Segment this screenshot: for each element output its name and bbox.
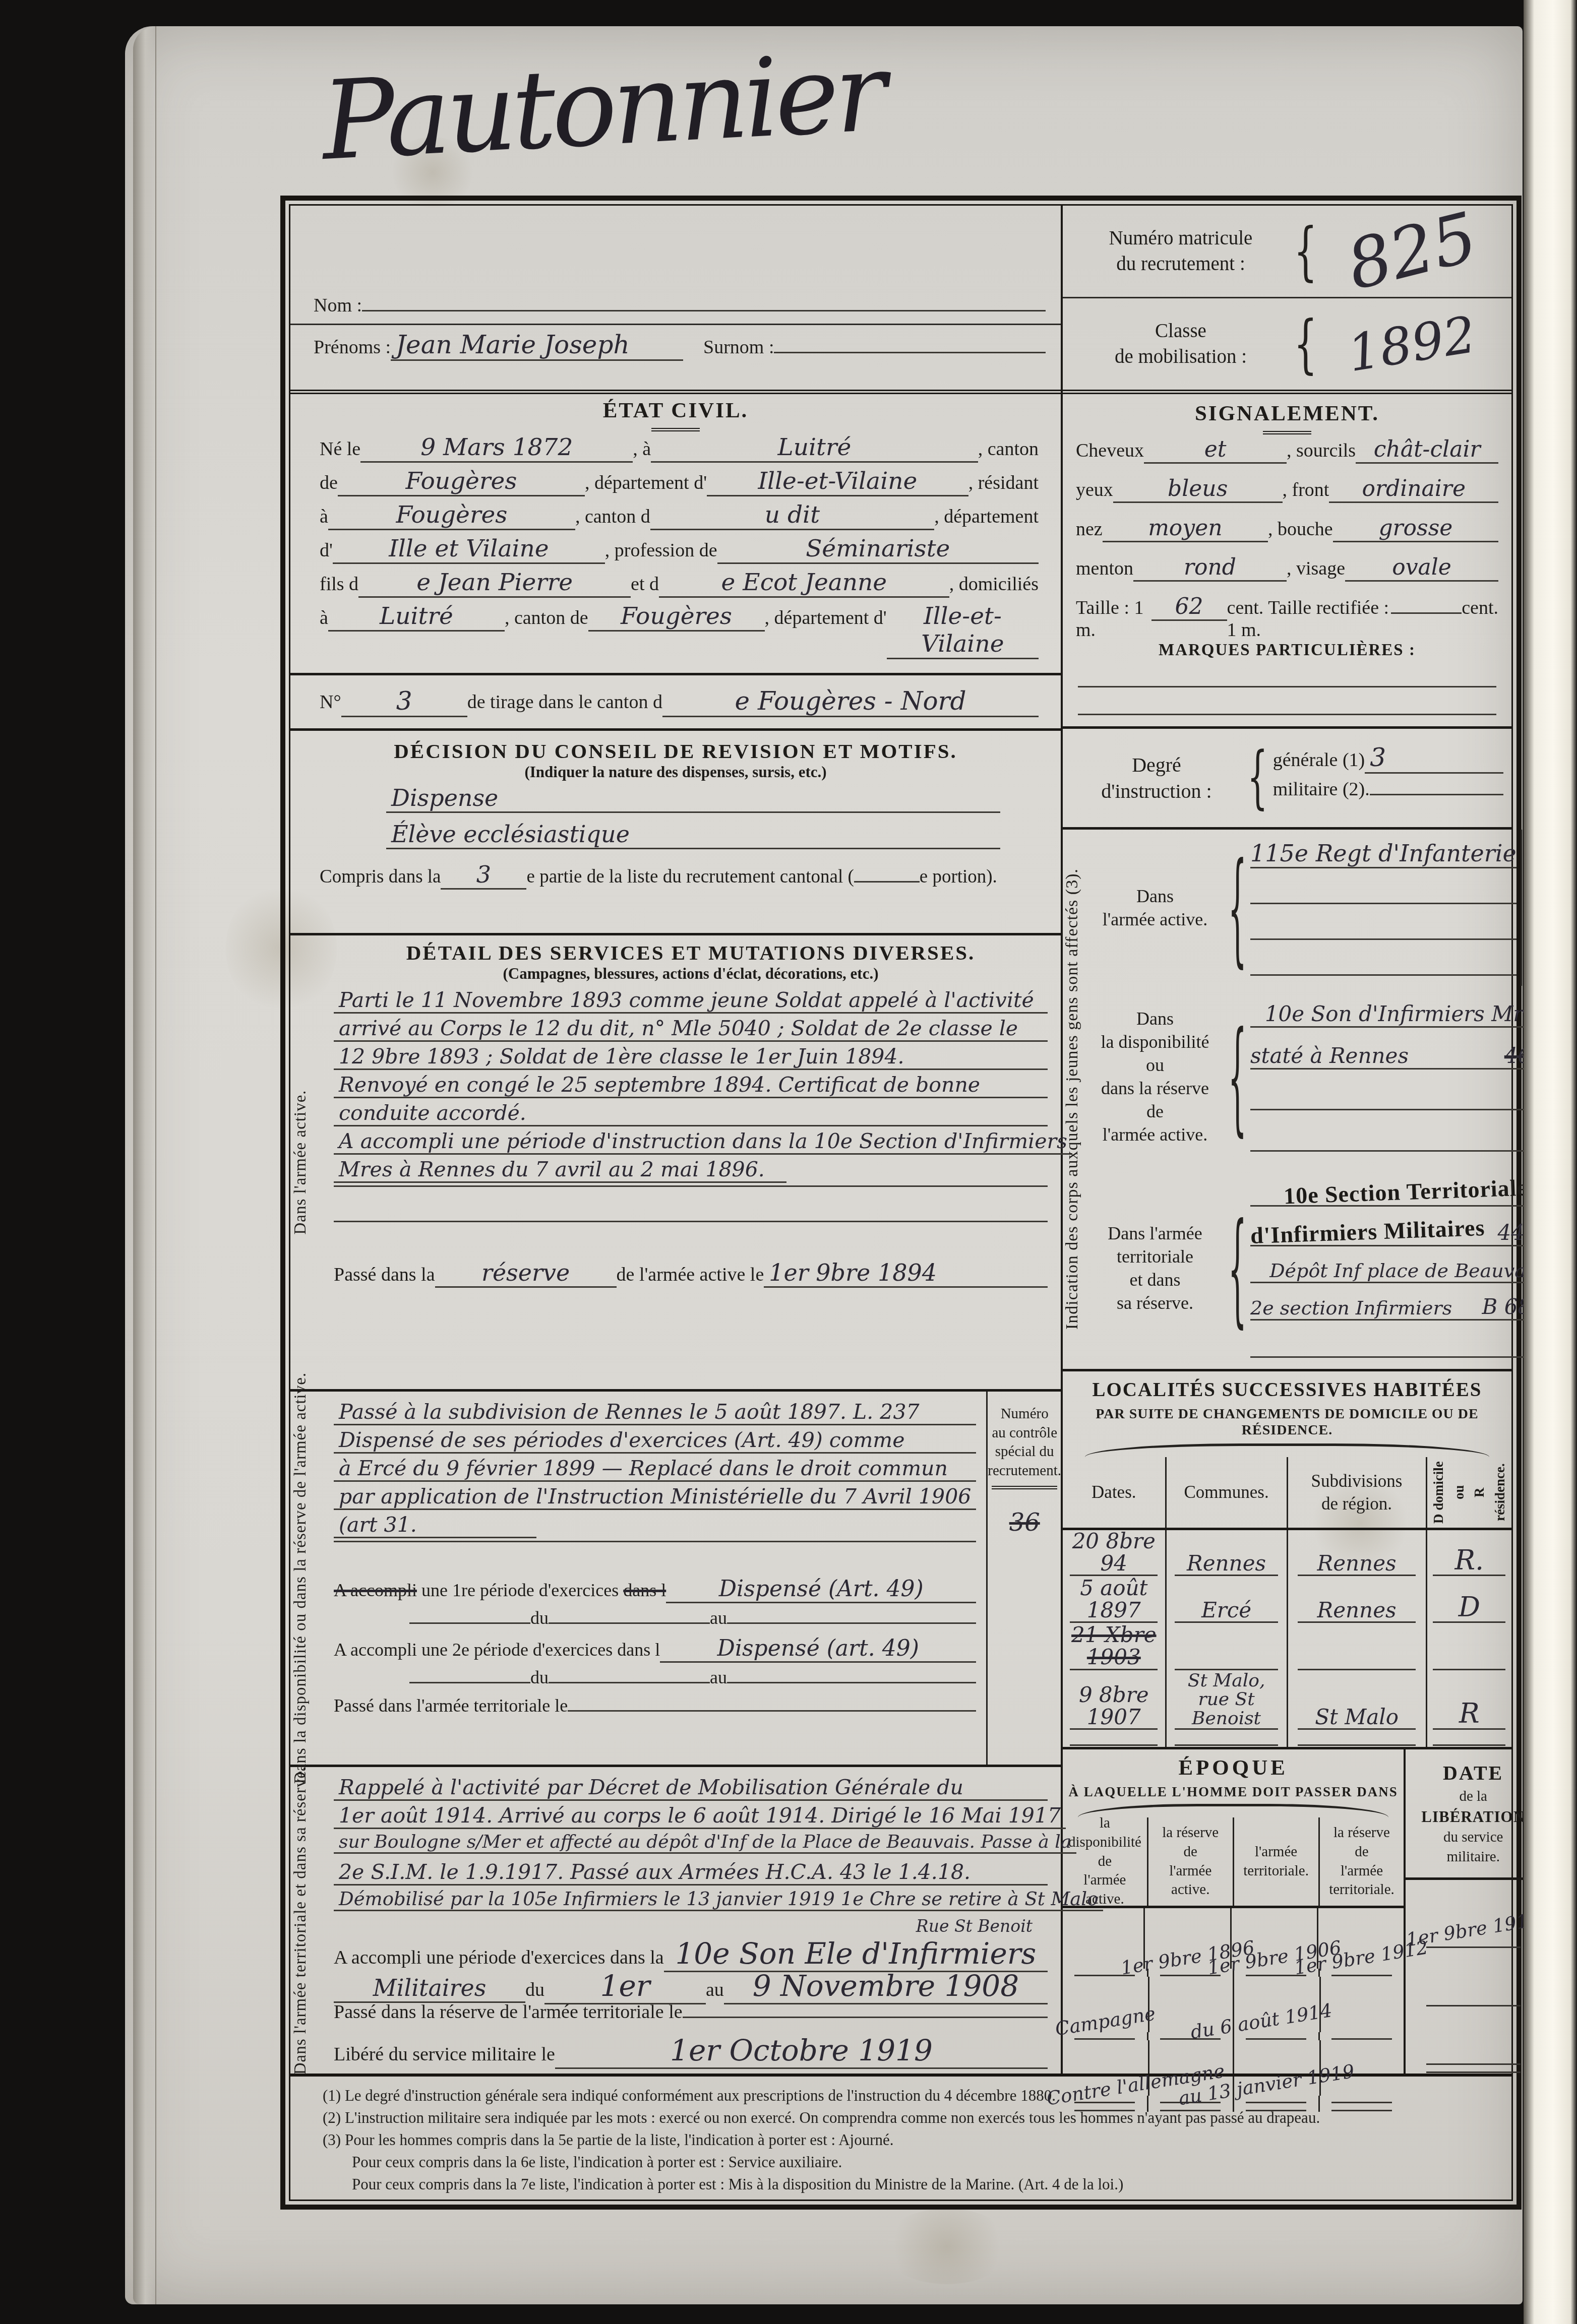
- blank-rule: [334, 1221, 1048, 1222]
- corps-terr-label: territoriale: [1082, 1245, 1228, 1268]
- du-field: [549, 1622, 710, 1624]
- taille-value: 62: [1151, 594, 1227, 621]
- fils-de-label: fils d: [320, 573, 358, 595]
- domicile-canton-value: Fougères: [588, 602, 765, 632]
- du-label: du: [525, 1979, 544, 2001]
- cheveux-label: Cheveux: [1076, 439, 1144, 462]
- brace-decoration: [1294, 307, 1317, 381]
- localites-row: 5 août 1897 Ercé Rennes D: [1063, 1577, 1511, 1624]
- accompli-periode-label: A accompli une période d'exercices dans …: [334, 1946, 664, 1969]
- decision-value-1: Dispense: [386, 784, 1000, 813]
- services-section: Dans l'armée active. DÉTAIL DES SERVICES…: [290, 935, 1061, 1392]
- dispo-line: par application de l'Instruction Ministé…: [334, 1484, 976, 1510]
- corps-dispo-label: dans la réserve: [1082, 1077, 1228, 1100]
- corps-terr-block: Dans l'armée territoriale et dans sa rés…: [1082, 1167, 1565, 1369]
- compris-label: Compris dans la: [320, 866, 441, 888]
- paper-sheet: Pautonnier Nom : Pr: [125, 26, 1523, 2304]
- visage-label: , visage: [1287, 557, 1345, 580]
- prenoms-value: Jean Marie Joseph: [391, 330, 683, 361]
- liste-partie-value: 3: [441, 861, 526, 890]
- degre-label: Degré: [1071, 752, 1242, 778]
- dispo-line: (art 31.: [334, 1513, 536, 1538]
- localites-row: 20 8bre 94 Rennes Rennes R.: [1063, 1530, 1511, 1577]
- corps-dispo-value-2: staté à Rennes: [1250, 1043, 1409, 1068]
- dispo-line: à Ercé du 9 février 1899 — Replacé dans …: [334, 1456, 976, 1482]
- swash-decoration: [1085, 1443, 1489, 1457]
- passe-reserve-terr-label: Passé dans la réserve de l'armée territo…: [334, 2001, 683, 2023]
- corps-terr-label: Dans l'armée: [1082, 1222, 1228, 1245]
- au-field: [727, 1682, 976, 1683]
- corps-dispo-value: 10e Son d'Infirmiers Mres: [1265, 1001, 1547, 1026]
- terr-line: sur Boulogne s/Mer et affecté au dépôt d…: [334, 1832, 1076, 1854]
- footnote-3: (3) Pour les hommes compris dans la 5e p…: [323, 2129, 1491, 2151]
- epoque-title: ÉPOQUE: [1063, 1755, 1404, 1780]
- corps-dispo-label: l'armée active.: [1082, 1123, 1228, 1146]
- blank-rule: [409, 1622, 530, 1624]
- localites-subtitle: PAR SUITE DE CHANGEMENTS DE DOMICILE OU …: [1063, 1406, 1511, 1438]
- tirage-label: de tirage dans le canton d: [467, 691, 662, 713]
- brace-decoration: [1247, 739, 1268, 817]
- col-communes-header: Communes.: [1167, 1457, 1288, 1528]
- yeux-value: bleus: [1113, 476, 1283, 503]
- compris-label-2: e partie de la liste du recrutement cant…: [526, 866, 854, 888]
- front-label: , front: [1283, 479, 1329, 501]
- matricule-section: Numéro matricule du recrutement : 825 Cl…: [1063, 206, 1511, 394]
- epoque-col4-header: la réservede l'arméeterritoriale.: [1320, 1817, 1404, 1906]
- menton-label: menton: [1076, 557, 1133, 580]
- date-header: du service: [1406, 1828, 1541, 1847]
- blank-rule: [1250, 878, 1517, 904]
- militaire-label: militaire (2).: [1273, 778, 1370, 800]
- right-column: Numéro matricule du recrutement : 825 Cl…: [1063, 206, 1511, 2074]
- campagne-cell: Campagne: [1063, 1977, 1149, 2032]
- next-page-edge: [1524, 0, 1577, 2324]
- tirage-number-value: 3: [341, 686, 467, 717]
- libere-date-value: 1er Octobre 1919: [555, 2033, 1048, 2069]
- paper-stain: [881, 2209, 1012, 2284]
- birth-date-value: 9 Mars 1872: [360, 433, 633, 463]
- bouche-value: grosse: [1333, 515, 1498, 542]
- etat-civil-title: ÉTAT CIVIL.: [290, 398, 1061, 423]
- tirage-section: N° 3 de tirage dans le canton d e Fougèr…: [290, 675, 1061, 731]
- disponibilite-side-label: Dans la disponibilité ou dans la réserve…: [291, 1372, 310, 1784]
- decision-value-2: Élève ecclésiastique: [386, 821, 1000, 849]
- corps-section: Indication des corps auxquels les jeunes…: [1063, 830, 1511, 1371]
- surnom-label: Surnom :: [703, 336, 774, 358]
- du-field: [549, 1682, 710, 1683]
- corps-terr-value-1: Dépôt Inf place de Beauvais: [1269, 1260, 1542, 1282]
- de-label: de: [320, 472, 338, 494]
- corps-active-label-2: l'armée active.: [1082, 908, 1228, 931]
- corps-dispo-label: de: [1082, 1100, 1228, 1123]
- liberation-date-column: DATE de la LIBÉRATION du service militai…: [1404, 1749, 1541, 2074]
- sourcils-label: , sourcils: [1287, 439, 1356, 462]
- generale-label: générale (1): [1273, 749, 1365, 771]
- a-label: à: [320, 607, 328, 629]
- yeux-label: yeux: [1076, 479, 1113, 501]
- brace-decoration: [1228, 1196, 1247, 1340]
- compris-label-3: e portion).: [920, 866, 997, 888]
- scanned-register-page: Pautonnier Nom : Pr: [0, 0, 1577, 2324]
- a-label: à: [320, 506, 328, 528]
- col-subdivisions-header: Subdivisionsde région.: [1288, 1457, 1427, 1528]
- classe-label: Classe: [1075, 319, 1287, 344]
- terr-line: 1er août 1914. Arrivé au corps le 6 août…: [334, 1803, 1066, 1829]
- localites-row: 9 8bre 1907 St Malo, rue St Benoist St M…: [1063, 1671, 1511, 1731]
- classe-label-2: de mobilisation :: [1075, 344, 1287, 370]
- localites-row-blank: [1063, 1731, 1511, 1747]
- footnote-3c: Pour ceux compris dans la 7e liste, l'in…: [323, 2173, 1491, 2195]
- dans-l-struck-label: dans l: [623, 1580, 666, 1601]
- periode1-value: Dispensé (Art. 49): [666, 1576, 976, 1603]
- blank-rule: [1250, 1126, 1561, 1152]
- blank-rule: [334, 1185, 1048, 1187]
- accompli-au-value: 9 Novembre 1908: [724, 1969, 1048, 2004]
- prenoms-label: Prénoms :: [314, 336, 391, 358]
- marques-label: MARQUES PARTICULIÈRES :: [1063, 641, 1511, 660]
- date-header: militaire.: [1406, 1847, 1541, 1867]
- epoque-col3-header: l'arméeterritoriale.: [1234, 1817, 1320, 1906]
- corps-active-block: Dans l'armée active. 115e Regt d'Infante…: [1082, 830, 1565, 986]
- instruction-section: Degré d'instruction : générale (1) 3: [1063, 729, 1511, 830]
- services-subtitle: (Campagnes, blessures, actions d'éclat, …: [334, 965, 1048, 983]
- territoriale-side-label: Dans l'armée territoriale et dans sa rés…: [291, 1766, 310, 2075]
- accompli-du-value: 1er: [544, 1969, 706, 2004]
- passe-label: Passé dans la: [334, 1264, 435, 1286]
- au-label: au: [710, 1667, 727, 1688]
- matricule-label: Numéro matricule: [1075, 226, 1287, 252]
- corps-terr-label: sa réserve.: [1082, 1291, 1228, 1314]
- front-value: ordinaire: [1329, 476, 1498, 503]
- title-rule: [1263, 431, 1311, 434]
- title-rule: [651, 428, 700, 431]
- periode2-value: Dispensé (art. 49): [660, 1636, 976, 1663]
- d-label: d': [320, 539, 333, 561]
- domicile-value: Luitré: [328, 602, 505, 632]
- armee-active-side-label: Dans l'armée active.: [291, 1090, 310, 1234]
- territorial-stamp-line-1: 10e Section Territoriale: [1284, 1174, 1528, 1210]
- decision-section: DÉCISION DU CONSEIL DE REVISION ET MOTIF…: [290, 731, 1061, 935]
- profession-label: , profession de: [605, 539, 717, 561]
- profession-value: Séminariste: [717, 535, 1039, 564]
- blank-rule: [1250, 914, 1517, 940]
- generale-value: 3: [1365, 743, 1503, 774]
- signalement-title: SIGNALEMENT.: [1063, 401, 1511, 426]
- corps-terr-label: et dans: [1082, 1268, 1228, 1291]
- numero-label: N°: [320, 691, 341, 713]
- services-title: DÉTAIL DES SERVICES ET MUTATIONS DIVERSE…: [334, 940, 1048, 965]
- au-label: au: [706, 1979, 724, 2001]
- portion-field: [854, 881, 920, 883]
- au-label: au: [710, 1607, 727, 1628]
- cent-label: cent.: [1462, 597, 1498, 619]
- canton-value: Fougères: [338, 467, 585, 496]
- departement-label: , département: [934, 506, 1039, 528]
- brace-decoration: [1294, 214, 1317, 288]
- date-header: de la: [1406, 1787, 1541, 1806]
- contre-cell: au 13 janvier 1919: [1234, 2040, 1321, 2096]
- controle-special-column: Numéro au contrôle spécial du recrutemen…: [986, 1392, 1061, 1765]
- date-header: DATE: [1406, 1760, 1541, 1787]
- departement-value: Ille-et-Vilaine: [707, 467, 968, 496]
- name-section: Nom : Prénoms : Jean Marie Joseph Surnom…: [290, 206, 1061, 394]
- footnote-3b: Pour ceux compris dans la 6e liste, l'in…: [323, 2151, 1491, 2173]
- periode2-label: A accompli une 2e période d'exercices da…: [334, 1639, 660, 1660]
- service-line: 12 9bre 1893 ; Soldat de 1ère classe le …: [334, 1044, 1048, 1070]
- service-line: Renvoyé en congé le 25 septembre 1894. C…: [334, 1073, 1048, 1098]
- blank-rule: [1078, 687, 1496, 715]
- canton-de-label: , canton de: [505, 607, 588, 629]
- left-column: Nom : Prénoms : Jean Marie Joseph Surnom…: [290, 206, 1063, 2074]
- controle-header: spécial du: [988, 1442, 1061, 1462]
- signalement-section: SIGNALEMENT. Cheveux et , sourcils chât-…: [1063, 394, 1511, 729]
- residence-canton-value: u dit: [650, 501, 935, 530]
- brace-decoration: [1228, 1004, 1247, 1149]
- cheveux-value: et: [1144, 436, 1287, 464]
- epoque-section: ÉPOQUE À LAQUELLE L'HOMME DOIT PASSER DA…: [1063, 1749, 1511, 2074]
- service-line: conduite accordé.: [334, 1101, 1048, 1126]
- blank-rule: [1250, 1332, 1561, 1358]
- nez-label: nez: [1076, 518, 1103, 540]
- nom-label: Nom :: [314, 294, 362, 317]
- du-label: du: [530, 1667, 549, 1688]
- service-line: arrivé au Corps le 12 du dit, n° Mle 504…: [334, 1016, 1048, 1042]
- title-rule: [992, 1486, 1057, 1489]
- residant-label: , résidant: [968, 472, 1039, 494]
- dispo-line: Dispensé de ses périodes d'exercices (Ar…: [334, 1428, 976, 1454]
- au-field: [727, 1622, 976, 1624]
- nez-value: moyen: [1103, 515, 1268, 542]
- col-dates-header: Dates.: [1063, 1457, 1167, 1528]
- mother-name-value: e Ecot Jeanne: [659, 569, 949, 598]
- passe-label-2: de l'armée active le: [617, 1264, 764, 1286]
- domicilies-label: , domiciliés: [949, 573, 1039, 595]
- accompli-struck-label: A accompli: [334, 1580, 417, 1601]
- corps-active-value: 115e Regt d'Infanterie: [1250, 840, 1517, 867]
- tirage-canton-value: e Fougères - Nord: [662, 686, 1039, 717]
- accompli-unit-value: 10e Son Ele d'Infirmiers: [664, 1936, 1048, 1972]
- canton-label: , canton: [978, 438, 1039, 460]
- terr-line: 2e S.I.M. le 1.9.1917. Passé aux Armées …: [334, 1860, 1048, 1886]
- blank-rule: [1250, 950, 1517, 976]
- controle-header: au contrôle: [988, 1424, 1061, 1443]
- corps-dispo-block: Dans la disponibilité ou dans la réserve…: [1082, 986, 1565, 1167]
- matricule-number-value: 825: [1340, 197, 1485, 305]
- blank-rule: [409, 1682, 530, 1683]
- service-line: Mres à Rennes du 7 avril au 2 mai 1896.: [334, 1157, 786, 1183]
- blank-rule: [334, 1541, 976, 1542]
- localites-title: LOCALITÉS SUCCESSIVES HABITÉES: [1063, 1378, 1511, 1401]
- militaire-field: [1370, 794, 1503, 795]
- du-label: du: [530, 1607, 549, 1628]
- father-name-value: e Jean Pierre: [358, 569, 631, 598]
- terr-line: Démobilisé par la 105e Infirmiers le 13 …: [334, 1888, 1103, 1911]
- residence-departement-value: Ille et Vilaine: [333, 535, 605, 564]
- passe-territoriale-field: [568, 1710, 976, 1712]
- taille-rectifiee-field: [1391, 612, 1462, 614]
- epoque-col2-header: la réservede l'armée active.: [1148, 1817, 1234, 1906]
- classe-year-value: 1892: [1344, 305, 1480, 383]
- departement-label: , département d': [585, 472, 707, 494]
- brace-decoration: [1228, 836, 1247, 980]
- degre-label-2: d'instruction :: [1071, 778, 1242, 804]
- service-line: A accompli une période d'instruction dan…: [334, 1129, 1072, 1155]
- blank-rule: [1250, 1085, 1561, 1110]
- corps-active-label: Dans: [1082, 885, 1228, 908]
- decision-subtitle: (Indiquer la nature des dispenses, sursi…: [290, 763, 1061, 781]
- localites-section: LOCALITÉS SUCCESSIVES HABITÉES PAR SUITE…: [1063, 1371, 1511, 1749]
- passe-reserve-value: réserve: [435, 1259, 617, 1288]
- footnote-2: (2) L'instruction militaire sera indiqué…: [323, 2107, 1491, 2129]
- menton-value: rond: [1133, 554, 1287, 582]
- canton-d-label: , canton d: [575, 506, 650, 528]
- matricule-label-2: du recrutement :: [1075, 252, 1287, 277]
- campagne-cell: [1321, 1977, 1404, 2032]
- epoque-subtitle: À LAQUELLE L'HOMME DOIT PASSER DANS: [1063, 1784, 1404, 1800]
- etat-civil-section: ÉTAT CIVIL. Né le 9 Mars 1872 , à Luitré…: [290, 394, 1061, 675]
- corps-side-label: Indication des corps auxquels les jeunes…: [1063, 868, 1082, 1330]
- campagne-cell: du 6 août 1914: [1234, 1977, 1321, 2032]
- periode1-label: une 1re période d'exercices: [421, 1580, 619, 1601]
- dispo-line: Passé à la subdivision de Rennes le 5 ao…: [334, 1400, 976, 1425]
- a-label: , à: [633, 438, 651, 460]
- taille-rectifiee-label: cent. Taille rectifiée : 1 m.: [1227, 597, 1391, 641]
- visage-value: ovale: [1345, 554, 1498, 582]
- col-dr-header: D domicile ouR résidence.: [1427, 1457, 1511, 1528]
- sourcils-value: chât-clair: [1356, 436, 1498, 464]
- nom-field: [362, 310, 1046, 311]
- taille-label: Taille : 1 m.: [1076, 597, 1151, 641]
- date-header: LIBÉRATION: [1406, 1806, 1541, 1828]
- residence-value: Fougères: [328, 501, 575, 530]
- service-line: Parti le 11 Novembre 1893 comme jeune So…: [334, 988, 1048, 1014]
- terr-line: Rappelé à l'activité par Décret de Mobil…: [334, 1775, 1048, 1801]
- book-binding-edge: [133, 26, 156, 2304]
- footnotes: (1) Le degré d'instruction générale sera…: [290, 2074, 1511, 2200]
- passe-reserve-terr-field: [683, 2017, 1048, 2018]
- matricule-form: Nom : Prénoms : Jean Marie Joseph Surnom…: [280, 196, 1522, 2210]
- corps-terr-value-2: 2e section Infirmiers: [1250, 1297, 1452, 1319]
- libere-label: Libéré du service militaire le: [334, 2043, 555, 2065]
- passe-date-value: 1er 9bre 1894: [764, 1259, 1048, 1288]
- disponibilite-section: Dans la disponibilité ou dans la réserve…: [290, 1392, 1061, 1767]
- decision-title: DÉCISION DU CONSEIL DE REVISION ET MOTIF…: [290, 739, 1061, 763]
- accompli-unit-value-2: Militaires: [334, 1974, 525, 2003]
- passe-territoriale-label: Passé dans l'armée territoriale le: [334, 1695, 568, 1716]
- departement-d-label: , département d': [765, 607, 887, 629]
- controle-header: Numéro: [988, 1405, 1061, 1424]
- controle-header: recrutement.: [988, 1462, 1061, 1481]
- birth-place-value: Luitré: [651, 433, 978, 463]
- terr-note: Rue St Benoit: [334, 1916, 1048, 1936]
- corps-dispo-label: ou: [1082, 1053, 1228, 1077]
- corps-dispo-label: Dans: [1082, 1007, 1228, 1030]
- divider: [290, 324, 1061, 325]
- blank-rule: [1078, 660, 1496, 687]
- domicile-departement-value: Ille-et-Vilaine: [887, 602, 1039, 659]
- surname-handwriting: Pautonnier: [319, 29, 886, 184]
- territoriale-section: Dans l'armée territoriale et dans sa rés…: [290, 1767, 1061, 2074]
- territorial-stamp-line-2: d'Infirmiers Militaires: [1250, 1214, 1485, 1249]
- et-de-label: et d: [631, 573, 659, 595]
- localites-row: 21 Xbre 1903: [1063, 1624, 1511, 1671]
- contre-cell: Contre l'allemagne: [1063, 2040, 1149, 2096]
- corps-dispo-label: la disponibilité: [1082, 1030, 1228, 1053]
- surnom-field: [774, 352, 1046, 353]
- controle-number-struck: 36: [1009, 1509, 1040, 1537]
- ne-le-label: Né le: [320, 438, 360, 460]
- bouche-label: , bouche: [1268, 518, 1333, 540]
